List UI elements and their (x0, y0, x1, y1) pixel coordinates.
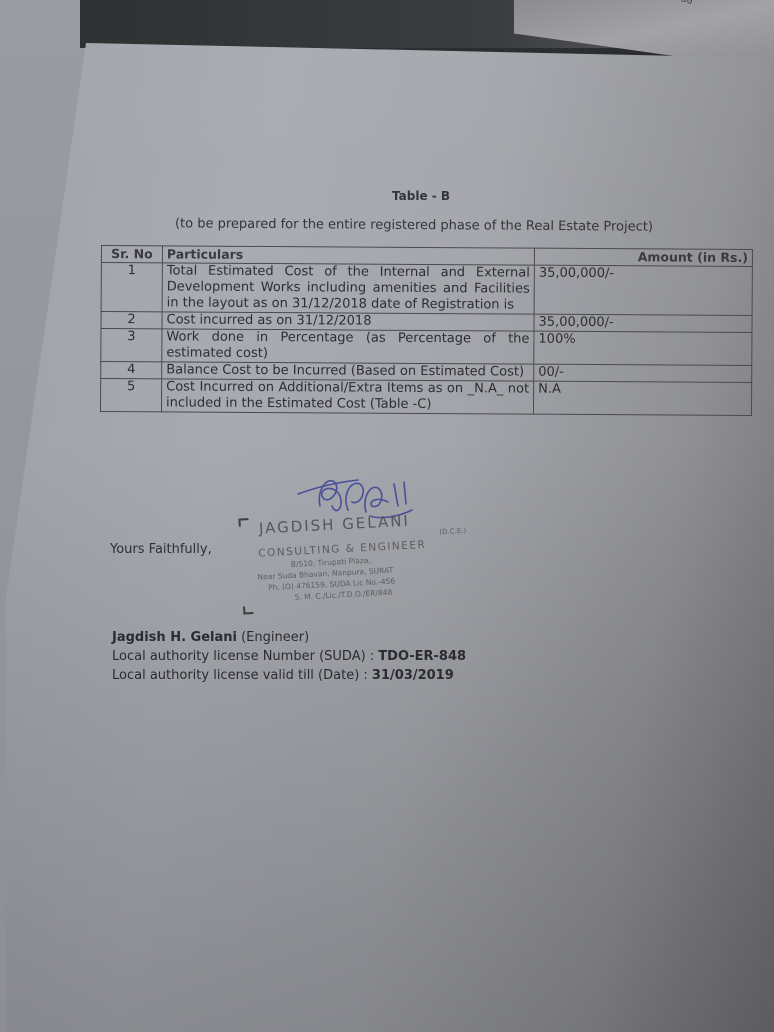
row-sr-no: 1 (101, 263, 162, 312)
row-particulars: Cost Incurred on Additional/Extra Items … (161, 379, 533, 414)
license-number-label: Local authority license Number (SUDA) : (112, 649, 378, 664)
cost-table: Sr. No Particulars Amount (in Rs.) 1 Tot… (100, 245, 753, 416)
closing-salutation: Yours Faithfully, (110, 542, 212, 557)
row-sr-no: 5 (100, 379, 161, 412)
license-valid-date: 31/03/2019 (372, 668, 454, 683)
row-amount: N.A (533, 381, 751, 415)
row-sr-no: 3 (101, 329, 162, 362)
license-number: TDO-ER-848 (378, 649, 466, 664)
header-amount: Amount (in Rs.) (534, 248, 752, 266)
stamp-qualification: (D.C.E.) (439, 527, 466, 536)
engineer-name-line: Jagdish H. Gelani (Engineer) (112, 628, 466, 647)
stamp-corner-mark (238, 518, 248, 527)
table-row: 1 Total Estimated Cost of the Internal a… (101, 263, 752, 316)
row-amount: 35,00,000/- (534, 265, 752, 315)
table-title: Table - B (392, 189, 450, 203)
row-amount: 00/- (534, 364, 752, 382)
document-content: Table - B (to be prepared for the entire… (0, 0, 774, 1032)
row-particulars: Work done in Percentage (as Percentage o… (162, 329, 534, 364)
row-particulars: Total Estimated Cost of the Internal and… (162, 263, 534, 314)
engineer-stamp: JAGDISH GELANI (D.C.E.) CONSULTING & ENG… (250, 497, 495, 619)
header-particulars: Particulars (162, 246, 534, 265)
row-particulars: Balance Cost to be Incurred (Based on Es… (162, 362, 534, 381)
license-validity-line: Local authority license valid till (Date… (112, 666, 466, 685)
stamp-name: JAGDISH GELANI (259, 512, 411, 538)
stamp-corner-mark (243, 606, 253, 615)
row-sr-no: 2 (101, 312, 162, 329)
engineer-role: (Engineer) (241, 630, 309, 645)
row-amount: 100% (534, 331, 752, 365)
table-row: 3 Work done in Percentage (as Percentage… (101, 329, 752, 366)
engineer-name: Jagdish H. Gelani (112, 630, 237, 645)
license-valid-label: Local authority license valid till (Date… (112, 668, 372, 683)
table-subtitle: (to be prepared for the entire registere… (175, 216, 653, 234)
engineer-details: Jagdish H. Gelani (Engineer) Local autho… (112, 628, 466, 685)
row-sr-no: 4 (101, 362, 162, 379)
license-number-line: Local authority license Number (SUDA) : … (112, 647, 466, 666)
row-particulars: Cost incurred as on 31/12/2018 (162, 312, 534, 331)
header-sr-no: Sr. No (101, 246, 162, 263)
row-amount: 35,00,000/- (534, 314, 752, 332)
table-row: 5 Cost Incurred on Additional/Extra Item… (100, 379, 751, 416)
